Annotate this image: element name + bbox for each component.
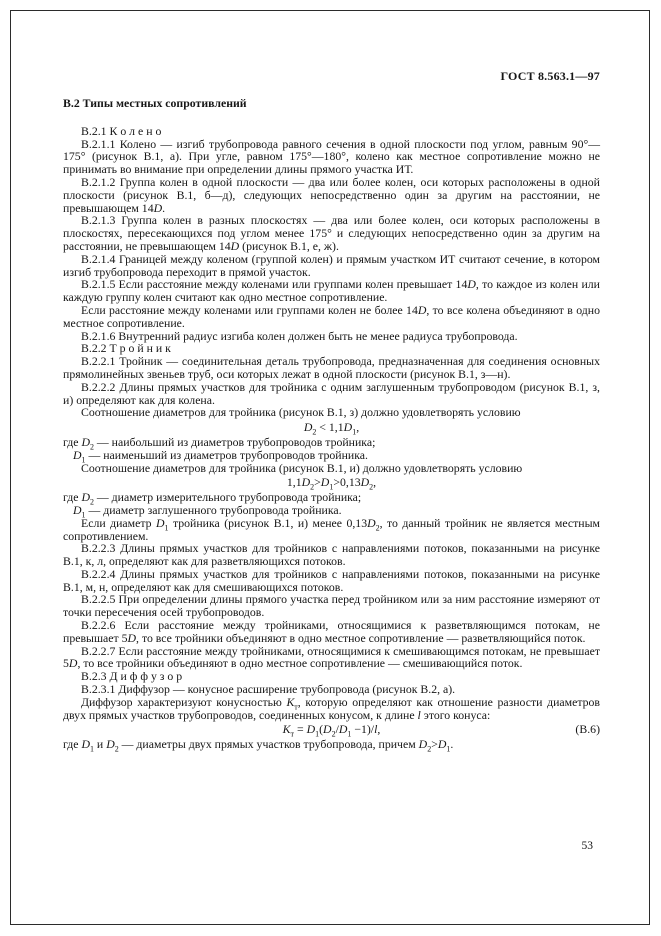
para-b2-1-5: В.2.1.5 Если расстояние между коленами и…	[63, 278, 600, 304]
para-b2-2-4: В.2.2.4 Длины прямых участков для тройни…	[63, 568, 600, 594]
para-b2-2-6: В.2.2.6 Если расстояние между тройниками…	[63, 619, 600, 645]
formula-body: D2 < 1,1D1,	[304, 420, 359, 434]
document-body: В.2 Типы местных сопротивленийВ.2.1 К о …	[63, 97, 600, 751]
para-b2-1-4: В.2.1.4 Границей между коленом (группой …	[63, 253, 600, 279]
para-b2-2-1: В.2.2.1 Тройник — соединительная деталь …	[63, 355, 600, 381]
para-b2-2-5: В.2.2.5 При определении длины прямого уч…	[63, 593, 600, 619]
formula-d2-lt: D2 < 1,1D1,	[63, 419, 600, 436]
formula-b6: Кт = D1(D2/D1 −1)/l,(В.6)	[63, 721, 600, 738]
para-b2-2-2: В.2.2.2 Длины прямых участков для тройни…	[63, 381, 600, 407]
para-ratio-z: Соотношение диаметров для тройника (рису…	[63, 406, 600, 419]
para-b2-1-2: В.2.1.2 Группа колен в одной плоскости —…	[63, 176, 600, 214]
para-b2-1-3: В.2.1.3 Группа колен в разных плоскостях…	[63, 214, 600, 252]
para-conicity: Диффузор характеризуют конусностью Кт, к…	[63, 696, 600, 722]
para-b2-1-5b: Если расстояние между коленами или групп…	[63, 304, 600, 330]
gost-standard-header: ГОСТ 8.563.1—97	[501, 69, 601, 84]
section-title: В.2 Типы местных сопротивлений	[63, 97, 600, 110]
formula-number: (В.6)	[575, 723, 600, 736]
formula-range: 1,1D2>D1>0,13D2,	[63, 474, 600, 491]
para-if-diameter: Если диаметр D1 тройника (рисунок В.1, и…	[63, 517, 600, 543]
para-b2-2-7: В.2.2.7 Если расстояние между тройниками…	[63, 645, 600, 671]
para-b2-1-1: В.2.1.1 Колено — изгиб трубопровода равн…	[63, 138, 600, 176]
page-number: 53	[582, 840, 594, 852]
para-ratio-i: Соотношение диаметров для тройника (рису…	[63, 462, 600, 475]
formula-body: 1,1D2>D1>0,13D2,	[287, 475, 376, 489]
document-page: ГОСТ 8.563.1—97 В.2 Типы местных сопроти…	[0, 0, 661, 936]
where-d1-d2: где D1 и D2 — диаметры двух прямых участ…	[63, 738, 600, 751]
para-b2-2-3: В.2.2.3 Длины прямых участков для тройни…	[63, 542, 600, 568]
formula-body: Кт = D1(D2/D1 −1)/l,	[283, 722, 381, 736]
